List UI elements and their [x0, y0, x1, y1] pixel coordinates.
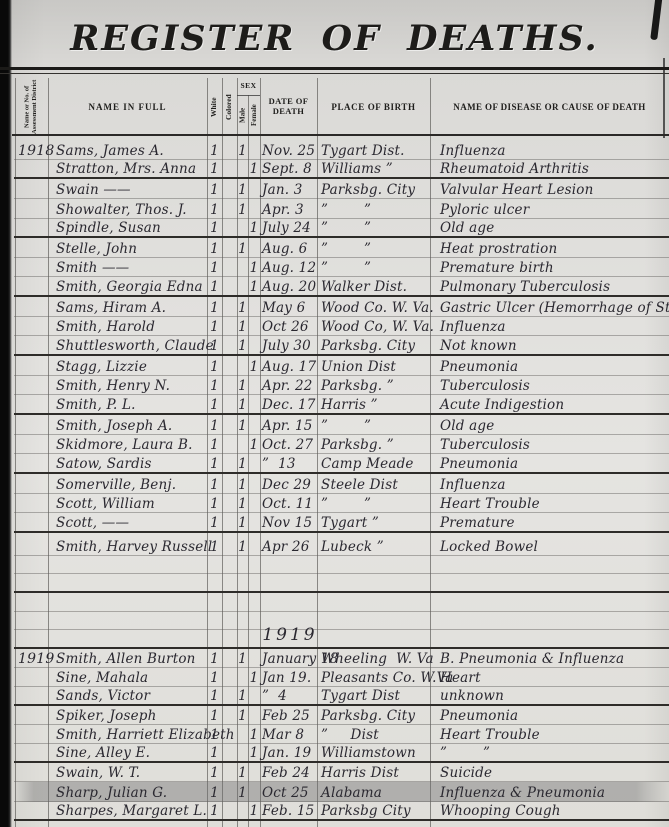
cell-white-tick: 1 [207, 258, 222, 277]
cell-place: Camp Meade [317, 454, 430, 472]
register-row: Smith, Harold11Oct 26Wood Co, W. Va.Infl… [14, 317, 669, 337]
cell-place: Alabama [317, 782, 430, 800]
cell-white-tick: 1 [207, 454, 222, 472]
cell-place: Parksbg. City [317, 179, 430, 198]
cell-colored-tick [222, 179, 237, 198]
cell-name: Spindle, Susan [48, 219, 207, 237]
cell-cause: Heart Trouble [430, 725, 669, 743]
cell-year [14, 668, 48, 686]
cell-year [14, 258, 48, 277]
cell-year [14, 725, 48, 743]
cell-white-tick: 1 [207, 317, 222, 336]
cell-year [14, 199, 48, 218]
cell-male-tick [237, 802, 248, 819]
register-row: Spiker, Joseph11Feb 25Parksbg. CityPneum… [14, 706, 669, 725]
cell-name: Sine, Mahala [48, 668, 207, 686]
cell-cause: Heat prostration [430, 238, 669, 257]
cell-place: ” ” [317, 494, 430, 513]
register-row: Smith, Georgia Edna11Aug. 20Walker Dist.… [14, 277, 669, 297]
cell-date: Feb 25 [260, 706, 317, 724]
cell-name: Smith, P. L. [48, 395, 207, 413]
cell-white-tick: 1 [207, 706, 222, 724]
cell-date: Jan 19. [260, 668, 317, 686]
register-row [14, 574, 669, 593]
cell-name: Swain —— [48, 179, 207, 198]
cell-female-tick [248, 782, 260, 800]
register-row: Stelle, John11Aug. 6” ”Heat prostration [14, 238, 669, 258]
cell-place: Lubeck ” [317, 533, 430, 555]
register-row: 1918Sams, James A.11Nov. 25Tygart Dist.I… [14, 140, 669, 160]
cell-female-tick [248, 415, 260, 434]
cell-cause: Pneumonia [430, 454, 669, 472]
cell-name: Sams, Hiram A. [48, 297, 207, 316]
cell-white-tick: 1 [207, 219, 222, 237]
cell-cause: ” ” [430, 744, 669, 761]
cell-year [14, 802, 48, 819]
cell-year [14, 744, 48, 761]
cell-female-tick: 1 [248, 668, 260, 686]
cell-year: 1919 [14, 649, 48, 667]
cell-male-tick: 1 [237, 238, 248, 257]
register-row: Smith, Harvey Russell11Apr 26Lubeck ”Loc… [14, 533, 669, 556]
cell-female-tick [248, 454, 260, 472]
cell-male-tick: 1 [237, 649, 248, 667]
register-row [14, 612, 669, 631]
cell-white-tick: 1 [207, 474, 222, 493]
cell-male-tick [237, 744, 248, 761]
cell-white-tick: 1 [207, 802, 222, 819]
cell-white-tick: 1 [207, 494, 222, 513]
section-year-heading: 1919 [260, 625, 320, 645]
cell-female-tick: 1 [248, 160, 260, 178]
cell-colored-tick [222, 238, 237, 257]
col-header-district: Name or No. of Assessment District [14, 78, 48, 136]
col-header-colored: Colored [222, 80, 237, 134]
cell-year [14, 317, 48, 336]
cell-white-tick: 1 [207, 649, 222, 667]
cell-date: Feb. 15 [260, 802, 317, 819]
cell-female-tick: 1 [248, 802, 260, 819]
cell-name: Smith, Joseph A. [48, 415, 207, 434]
cell-male-tick: 1 [237, 687, 248, 704]
cell-female-tick [248, 199, 260, 218]
title-rule-thick [0, 67, 669, 70]
cell-white-tick: 1 [207, 435, 222, 454]
cell-female-tick [248, 140, 260, 159]
cell-name: Sharpes, Margaret L. [48, 802, 207, 819]
cell-colored-tick [222, 668, 237, 686]
cell-cause: Pyloric ulcer [430, 199, 669, 218]
col-header-cause-of-death: NAME OF DISEASE OR CAUSE OF DEATH [430, 78, 669, 136]
cell-year [14, 782, 48, 800]
cell-cause: Rheumatoid Arthritis [430, 160, 669, 178]
cell-white-tick: 1 [207, 277, 222, 295]
cell-year [14, 415, 48, 434]
cell-place: Wheeling W. Va [317, 649, 430, 667]
cell-year [14, 494, 48, 513]
cell-name: Smith, Harold [48, 317, 207, 336]
cell-year [14, 513, 48, 531]
cell-male-tick [237, 435, 248, 454]
cell-male-tick: 1 [237, 533, 248, 555]
cell-cause: Old age [430, 219, 669, 237]
cell-place: Parksbg. ” [317, 435, 430, 454]
col-header-male: Male [237, 96, 248, 134]
cell-name: Somerville, Benj. [48, 474, 207, 493]
cell-male-tick: 1 [237, 782, 248, 800]
register-row [14, 556, 669, 575]
cell-date: Dec 29 [260, 474, 317, 493]
cell-date: Nov 15 [260, 513, 317, 531]
cell-cause: Acute Indigestion [430, 395, 669, 413]
cell-year [14, 435, 48, 454]
table-body: 1918Sams, James A.11Nov. 25Tygart Dist.I… [14, 140, 669, 821]
cell-colored-tick [222, 336, 237, 354]
cell-female-tick [248, 474, 260, 493]
cell-cause: Not known [430, 336, 669, 354]
cell-date: Oct. 11 [260, 494, 317, 513]
cell-colored-tick [222, 199, 237, 218]
cell-white-tick: 1 [207, 687, 222, 704]
cell-male-tick: 1 [237, 199, 248, 218]
register-row: Scott, ——11Nov 15Tygart ”Premature [14, 513, 669, 533]
cell-date: Aug. 17 [260, 356, 317, 375]
cell-place: ” ” [317, 238, 430, 257]
cell-colored-tick [222, 317, 237, 336]
cell-cause: Premature [430, 513, 669, 531]
cell-colored-tick [222, 140, 237, 159]
cell-colored-tick [222, 513, 237, 531]
cell-date: Sept. 8 [260, 160, 317, 178]
col-header-place-of-birth: PLACE OF BIRTH [317, 78, 430, 136]
cell-female-tick [248, 238, 260, 257]
cell-male-tick [237, 725, 248, 743]
cell-name: Sine, Alley E. [48, 744, 207, 761]
cell-cause: Old age [430, 415, 669, 434]
cell-cause: Influenza [430, 474, 669, 493]
register-row: Smith, Henry N.11Apr. 22Parksbg. ”Tuberc… [14, 376, 669, 396]
cell-place: ” Dist [317, 725, 430, 743]
cell-female-tick: 1 [248, 258, 260, 277]
cell-name: Shuttlesworth, Claude [48, 336, 207, 354]
cell-cause: Locked Bowel [430, 533, 669, 555]
cell-female-tick [248, 687, 260, 704]
cell-white-tick: 1 [207, 415, 222, 434]
register-row: Sams, Hiram A.11May 6Wood Co. W. Va.Gast… [14, 297, 669, 317]
cell-name: Sams, James A. [48, 140, 207, 159]
cell-white-tick: 1 [207, 763, 222, 781]
cell-date: Jan. 3 [260, 179, 317, 198]
cell-cause: Influenza [430, 317, 669, 336]
cell-male-tick: 1 [237, 395, 248, 413]
cell-white-tick: 1 [207, 668, 222, 686]
cell-date: Feb 24 [260, 763, 317, 781]
cell-female-tick [248, 317, 260, 336]
cell-white-tick: 1 [207, 179, 222, 198]
register-row: Swain, W. T.11Feb 24Harris DistSuicide [14, 763, 669, 782]
cell-place: Wood Co. W. Va. [317, 297, 430, 316]
register-row: Shuttlesworth, Claude11July 30Parksbg. C… [14, 336, 669, 356]
cell-place: Tygart Dist. [317, 140, 430, 159]
cell-female-tick [248, 494, 260, 513]
cell-cause: Premature birth [430, 258, 669, 277]
cell-place: Union Dist [317, 356, 430, 375]
register-row: Sands, Victor11” 4Tygart Distunknown [14, 687, 669, 706]
cell-name: Stratton, Mrs. Anna [48, 160, 207, 178]
cell-place: ” ” [317, 199, 430, 218]
cell-name: Swain, W. T. [48, 763, 207, 781]
cell-year [14, 297, 48, 316]
cell-colored-tick [222, 454, 237, 472]
cell-cause: Heart [430, 668, 669, 686]
cell-year [14, 336, 48, 354]
cell-year [14, 356, 48, 375]
cell-name: Smith, Allen Burton [48, 649, 207, 667]
cell-colored-tick [222, 258, 237, 277]
cell-date: Apr. 22 [260, 376, 317, 395]
cell-colored-tick [222, 687, 237, 704]
cell-colored-tick [222, 415, 237, 434]
cell-date: July 24 [260, 219, 317, 237]
cell-cause: B. Pneumonia & Influenza [430, 649, 669, 667]
cell-year [14, 533, 48, 555]
cell-place: Harris ” [317, 395, 430, 413]
cell-white-tick: 1 [207, 513, 222, 531]
cell-place: Harris Dist [317, 763, 430, 781]
register-row: Smith, P. L.11Dec. 17Harris ”Acute Indig… [14, 395, 669, 415]
cell-female-tick: 1 [248, 277, 260, 295]
cell-cause: Influenza [430, 140, 669, 159]
cell-colored-tick [222, 297, 237, 316]
cell-name: Spiker, Joseph [48, 706, 207, 724]
cell-female-tick [248, 649, 260, 667]
cell-female-tick [248, 395, 260, 413]
register-row: Stratton, Mrs. Anna11Sept. 8Williams ”Rh… [14, 160, 669, 180]
register-row: Scott, William11Oct. 11” ”Heart Trouble [14, 494, 669, 514]
cell-name: Skidmore, Laura B. [48, 435, 207, 454]
cell-white-tick: 1 [207, 160, 222, 178]
cell-place: Steele Dist [317, 474, 430, 493]
cell-date: May 6 [260, 297, 317, 316]
cell-cause: Influenza & Pneumonia [430, 782, 669, 800]
cell-name: Scott, —— [48, 513, 207, 531]
cell-colored-tick [222, 435, 237, 454]
table-header: Name or No. of Assessment District NAME … [12, 78, 669, 136]
cell-year [14, 277, 48, 295]
cell-male-tick: 1 [237, 317, 248, 336]
cell-female-tick [248, 533, 260, 555]
cell-name: Scott, William [48, 494, 207, 513]
cell-white-tick: 1 [207, 744, 222, 761]
cell-male-tick: 1 [237, 297, 248, 316]
cell-date: Aug. 6 [260, 238, 317, 257]
cell-male-tick [237, 160, 248, 178]
cell-white-tick: 1 [207, 533, 222, 555]
cell-date: Oct 25 [260, 782, 317, 800]
cell-colored-tick [222, 725, 237, 743]
cell-name: Smith, Henry N. [48, 376, 207, 395]
register-row: Sine, Mahala11Jan 19.Pleasants Co. W.VaH… [14, 668, 669, 687]
cell-date: Apr 26 [260, 533, 317, 555]
cell-white-tick: 1 [207, 336, 222, 354]
cell-colored-tick [222, 494, 237, 513]
cell-name: Smith, Harvey Russell [48, 533, 207, 555]
scan-edge-left [0, 0, 12, 827]
cell-year [14, 474, 48, 493]
cell-year [14, 763, 48, 781]
cell-colored-tick [222, 474, 237, 493]
cell-female-tick [248, 179, 260, 198]
cell-male-tick: 1 [237, 513, 248, 531]
cell-place: Williams ” [317, 160, 430, 178]
cell-female-tick [248, 763, 260, 781]
cell-place: ” ” [317, 219, 430, 237]
cell-white-tick: 1 [207, 238, 222, 257]
cell-cause: Gastric Ulcer (Hemorrhage of Stomach [430, 297, 669, 316]
cell-female-tick: 1 [248, 219, 260, 237]
register-row: Satow, Sardis11” 13Camp MeadePneumonia [14, 454, 669, 474]
cell-colored-tick [222, 219, 237, 237]
cell-cause: Pneumonia [430, 356, 669, 375]
register-row [14, 593, 669, 612]
cell-male-tick [237, 219, 248, 237]
cell-colored-tick [222, 356, 237, 375]
cell-colored-tick [222, 802, 237, 819]
cell-colored-tick [222, 376, 237, 395]
register-row: Stagg, Lizzie11Aug. 17Union DistPneumoni… [14, 356, 669, 376]
cell-white-tick: 1 [207, 140, 222, 159]
cell-place: Parksbg. City [317, 336, 430, 354]
cell-white-tick: 1 [207, 782, 222, 800]
cell-female-tick [248, 336, 260, 354]
cell-white-tick: 1 [207, 395, 222, 413]
cell-date: ” 4 [260, 687, 317, 704]
cell-colored-tick [222, 649, 237, 667]
cell-date: Jan. 19 [260, 744, 317, 761]
cell-date: Dec. 17 [260, 395, 317, 413]
cell-female-tick [248, 513, 260, 531]
cell-female-tick [248, 376, 260, 395]
cell-place: Tygart Dist [317, 687, 430, 704]
cell-white-tick: 1 [207, 199, 222, 218]
register-row: Skidmore, Laura B.11Oct. 27Parksbg. ”Tub… [14, 435, 669, 455]
cell-male-tick [237, 258, 248, 277]
cell-year [14, 238, 48, 257]
cell-white-tick: 1 [207, 356, 222, 375]
register-row: Somerville, Benj.11Dec 29Steele DistInfl… [14, 474, 669, 494]
cell-female-tick: 1 [248, 725, 260, 743]
title-rule-thin [0, 73, 669, 74]
cell-date: Nov. 25 [260, 140, 317, 159]
col-header-date-of-death: DATE OF DEATH [260, 78, 317, 136]
cell-colored-tick [222, 706, 237, 724]
cell-cause: Heart Trouble [430, 494, 669, 513]
cell-cause: Tuberculosis [430, 376, 669, 395]
cell-name: Smith, Harriett Elizabeth [48, 725, 207, 743]
cell-male-tick: 1 [237, 763, 248, 781]
cell-colored-tick [222, 782, 237, 800]
cell-name: Stelle, John [48, 238, 207, 257]
col-header-sex: SEX [237, 80, 260, 93]
cell-male-tick: 1 [237, 706, 248, 724]
cell-year [14, 179, 48, 198]
register-row: 1919 [14, 630, 669, 649]
cell-place: ” ” [317, 415, 430, 434]
cell-male-tick: 1 [237, 415, 248, 434]
page-title: REGISTER OF DEATHS. [0, 18, 669, 59]
cell-year: 1918 [14, 140, 48, 159]
cell-white-tick: 1 [207, 725, 222, 743]
cell-name: Stagg, Lizzie [48, 356, 207, 375]
cell-male-tick: 1 [237, 474, 248, 493]
cell-place: Parksbg. City [317, 706, 430, 724]
cell-year [14, 687, 48, 704]
cell-place: Wood Co, W. Va. [317, 317, 430, 336]
cell-date: July 30 [260, 336, 317, 354]
register-row: Showalter, Thos. J.11Apr. 3” ”Pyloric ul… [14, 199, 669, 219]
cell-place: Tygart ” [317, 513, 430, 531]
cell-place: Walker Dist. [317, 277, 430, 295]
cell-date: Aug. 12 [260, 258, 317, 277]
cell-male-tick: 1 [237, 454, 248, 472]
cell-colored-tick [222, 395, 237, 413]
cell-cause: Tuberculosis [430, 435, 669, 454]
register-row: Sharpes, Margaret L.11Feb. 15Parksbg Cit… [14, 802, 669, 821]
cell-cause: Whooping Cough [430, 802, 669, 819]
cell-female-tick: 1 [248, 744, 260, 761]
col-header-female: Female [248, 96, 260, 134]
cell-date: Apr. 3 [260, 199, 317, 218]
cell-name: Smith —— [48, 258, 207, 277]
col-header-name-in-full: NAME IN FULL [48, 78, 207, 136]
register-row: Sharp, Julian G.11Oct 25AlabamaInfluenza… [14, 782, 669, 801]
cell-female-tick [248, 297, 260, 316]
cell-cause: Pulmonary Tuberculosis [430, 277, 669, 295]
cell-male-tick: 1 [237, 179, 248, 198]
cell-year [14, 454, 48, 472]
cell-male-tick [237, 277, 248, 295]
cell-name: Sands, Victor [48, 687, 207, 704]
cell-year [14, 395, 48, 413]
cell-year [14, 376, 48, 395]
cell-date: Mar 8 [260, 725, 317, 743]
cell-place: Parksbg. ” [317, 376, 430, 395]
cell-place: ” ” [317, 258, 430, 277]
cell-date: Oct 26 [260, 317, 317, 336]
cell-white-tick: 1 [207, 376, 222, 395]
cell-male-tick [237, 668, 248, 686]
cell-year [14, 160, 48, 178]
cell-year [14, 219, 48, 237]
register-row: Sine, Alley E.11Jan. 19Williamstown” ” [14, 744, 669, 763]
cell-place: Pleasants Co. W.Va [317, 668, 430, 686]
cell-male-tick: 1 [237, 336, 248, 354]
cell-colored-tick [222, 763, 237, 781]
cell-female-tick: 1 [248, 356, 260, 375]
cell-cause: unknown [430, 687, 669, 704]
cell-date: ” 13 [260, 454, 317, 472]
cell-colored-tick [222, 744, 237, 761]
cell-male-tick: 1 [237, 140, 248, 159]
cell-name: Sharp, Julian G. [48, 782, 207, 800]
cell-female-tick [248, 706, 260, 724]
cell-date: Aug. 20 [260, 277, 317, 295]
cell-male-tick [237, 356, 248, 375]
cell-white-tick: 1 [207, 297, 222, 316]
cell-female-tick: 1 [248, 435, 260, 454]
register-row: Smith ——11Aug. 12” ”Premature birth [14, 258, 669, 278]
cell-colored-tick [222, 277, 237, 295]
